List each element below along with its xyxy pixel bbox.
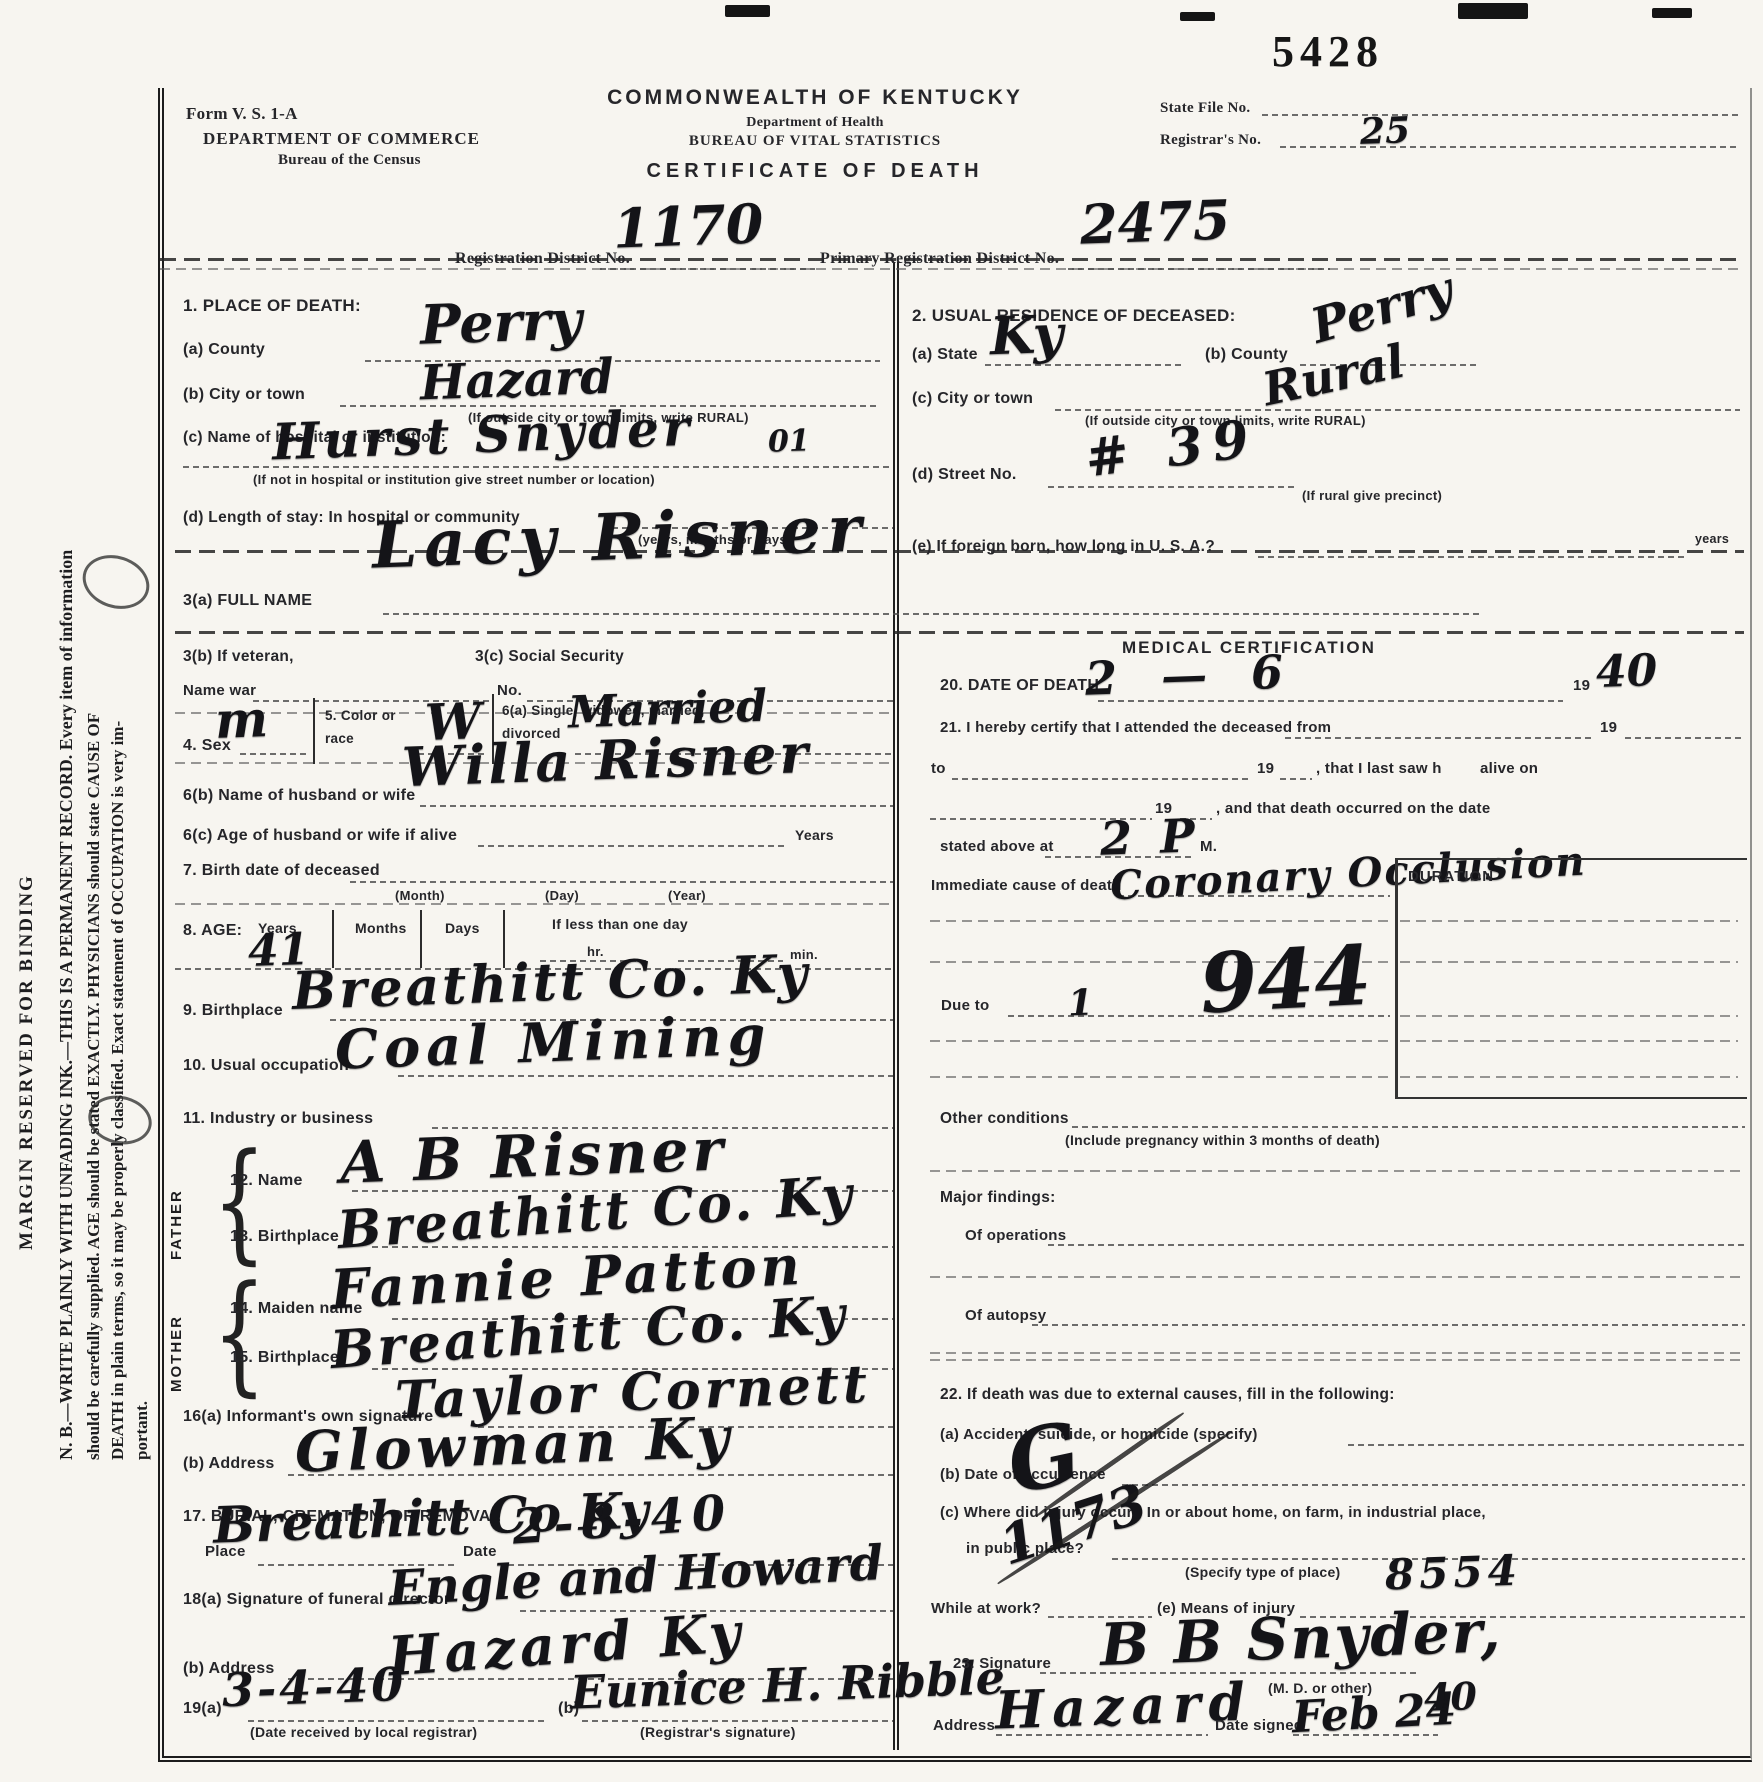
- registrar-no-label: Registrar's No.: [1160, 132, 1261, 149]
- stated-above-label: stated above at: [940, 838, 1054, 855]
- due-to-tick: 1: [1067, 982, 1094, 1025]
- duration-box: [1395, 858, 1747, 1099]
- duration-rule: [1400, 961, 1738, 963]
- of-autopsy-line: [1032, 1324, 1745, 1326]
- full-name-line: [383, 613, 1480, 615]
- bureau-of-census: Bureau of the Census: [278, 152, 421, 169]
- column-divider: [893, 262, 899, 1750]
- date-of-death-19: 19: [1573, 677, 1590, 694]
- sex-value: m: [214, 689, 269, 750]
- res-city-line: [1055, 409, 1740, 411]
- birthdate-month: (Month): [395, 888, 445, 903]
- of-operations-line: [1048, 1244, 1745, 1246]
- date-received-value: 3-4-40: [221, 1657, 407, 1717]
- birthdate-year: (Year): [668, 888, 706, 903]
- date-occurrence-line: [1122, 1484, 1745, 1486]
- duration-rule: [1400, 1076, 1738, 1078]
- foreign-born-unit: years: [1695, 532, 1729, 546]
- separator-line: [930, 1170, 1745, 1172]
- major-findings-label: Major findings:: [940, 1189, 1056, 1207]
- state-file-label: State File No.: [1160, 100, 1250, 117]
- of-operations-label: Of operations: [965, 1227, 1066, 1244]
- res-street-line: [1048, 486, 1298, 488]
- birthdate-line: [350, 881, 893, 883]
- bureau-vital-statistics: BUREAU OF VITAL STATISTICS: [605, 133, 1025, 150]
- registrar-no-value: 25: [1359, 109, 1411, 153]
- foreign-born-line: [1258, 556, 1688, 558]
- department-of-commerce: DEPARTMENT OF COMMERCE: [203, 129, 480, 149]
- spouse-line: [420, 805, 893, 807]
- scan-artifact: [1180, 12, 1215, 21]
- father-name-label: 12. Name: [230, 1172, 303, 1190]
- mother-birthplace-label: 15. Birthplace: [230, 1349, 339, 1367]
- full-name-label: 3(a) FULL NAME: [183, 592, 312, 610]
- due-to-label: Due to: [941, 997, 989, 1014]
- accident-label: (a) Accident, suicide, or homicide (spec…: [940, 1426, 1258, 1443]
- res-state-label: (a) State: [912, 346, 978, 364]
- certify-line3-text: , and that death occurred on the date: [1216, 800, 1490, 817]
- foreign-born-label: (e) If foreign born, how long in U. S. A…: [912, 538, 1215, 556]
- scan-artifact: [1652, 8, 1692, 18]
- reg-district-label: Registration District No.: [455, 250, 630, 268]
- margin-note-line3: DEATH in plain terms, so it may be prope…: [108, 195, 128, 1460]
- stated-above-m: M.: [1200, 838, 1217, 855]
- sex-line: [240, 753, 310, 755]
- accident-line: [1348, 1444, 1745, 1446]
- pod-county-label: (a) County: [183, 341, 265, 359]
- pod-hospital-line: [183, 466, 893, 468]
- date-of-death-year: 40: [1595, 645, 1658, 698]
- duration-rule: [1400, 920, 1738, 922]
- date-received-note: (Date received by local registrar): [250, 1724, 477, 1740]
- separator-line: [930, 1352, 1745, 1354]
- duration-rule: [1400, 1015, 1738, 1017]
- ss-no-label: No.: [497, 682, 522, 699]
- margin-note-line1: N. B.—WRITE PLAINLY WITH UNFADING INK.—T…: [56, 170, 77, 1460]
- certify-line2-alive: alive on: [1480, 760, 1538, 777]
- separator-line: [160, 268, 1744, 270]
- birthdate-label: 7. Birth date of deceased: [183, 862, 380, 880]
- other-conditions-line: [1072, 1126, 1745, 1128]
- margin-note-line4: portant.: [132, 1350, 152, 1460]
- physician-address-label: Address: [933, 1717, 995, 1734]
- state-file-line: [1262, 114, 1740, 116]
- cause-rule: [930, 920, 1390, 922]
- separator-line: [930, 1276, 1745, 1278]
- registrar-signature-line: [582, 1720, 893, 1722]
- physician-signature-label: 23. Signature: [953, 1655, 1051, 1672]
- certify-line2-19: 19: [1257, 760, 1274, 777]
- date-of-death-label: 20. DATE OF DEATH: [940, 677, 1099, 695]
- date-received-line: [248, 1720, 548, 1722]
- physician-signature-value: B B Snyder,: [1099, 1597, 1503, 1679]
- field-divider: [313, 698, 315, 764]
- other-conditions-label: Other conditions: [940, 1110, 1069, 1128]
- other-conditions-note: (Include pregnancy within 3 months of de…: [1065, 1132, 1380, 1148]
- reg-district-line: [600, 268, 815, 270]
- while-at-work-label: While at work?: [931, 1600, 1041, 1617]
- certificate-title: CERTIFICATE OF DEATH: [605, 160, 1025, 183]
- primary-reg-label: Primary Registration District No.: [820, 250, 1059, 268]
- registrar-signature-note: (Registrar's signature): [640, 1724, 796, 1740]
- father-birthplace-label: 13. Birthplace: [230, 1228, 339, 1246]
- certify-line1-19: 19: [1600, 719, 1617, 736]
- res-street-note: (If rural give precinct): [1302, 488, 1442, 503]
- scan-artifact: [725, 5, 770, 17]
- certify-line1-rule2: [1625, 737, 1743, 739]
- cause-rule: [930, 1076, 1390, 1078]
- mother-side-label: MOTHER: [168, 1282, 185, 1392]
- dept-health: Department of Health: [605, 115, 1025, 131]
- duration-rule: [1400, 1040, 1738, 1042]
- date-of-death-value: 2 — 6: [1084, 644, 1298, 705]
- specify-place-note: (Specify type of place): [1185, 1564, 1341, 1580]
- spouse-age-label: 6(c) Age of husband or wife if alive: [183, 827, 457, 845]
- reg-district-value: 1170: [612, 191, 764, 260]
- spouse-age-unit: Years: [795, 827, 834, 843]
- date-signed-year: 40: [1423, 1673, 1477, 1720]
- age-days-label: Days: [445, 920, 480, 936]
- veteran-label: 3(b) If veteran,: [183, 648, 294, 666]
- header-center: COMMONWEALTH OF KENTUCKY Department of H…: [605, 86, 1025, 183]
- color-label-2: race: [325, 731, 354, 746]
- res-city-label: (c) City or town: [912, 390, 1033, 408]
- birthdate-day: (Day): [545, 888, 579, 903]
- scan-artifact: [1458, 3, 1528, 19]
- death-certificate-scan: MARGIN RESERVED FOR BINDING N. B.—WRITE …: [0, 0, 1763, 1782]
- pod-hospital-code: 01: [767, 423, 810, 459]
- form-number: Form V. S. 1-A: [186, 104, 298, 124]
- registrar-no-line: [1280, 146, 1740, 148]
- due-to-code: 944: [1198, 928, 1374, 1033]
- residence-title: 2. USUAL RESIDENCE OF DECEASED:: [912, 306, 1236, 326]
- registrar-row-label: 19(a): [183, 1700, 222, 1718]
- place-of-death-title: 1. PLACE OF DEATH:: [183, 296, 361, 316]
- social-security-label: 3(c) Social Security: [475, 648, 624, 666]
- margin-binding-text: MARGIN RESERVED FOR BINDING: [16, 570, 38, 1250]
- birthplace-label: 9. Birthplace: [183, 1002, 283, 1020]
- certify-line2-rule: [952, 778, 1252, 780]
- primary-reg-value: 2475: [1079, 187, 1231, 256]
- certify-line1-rule: [1285, 737, 1595, 739]
- separator-line: [175, 903, 893, 905]
- certify-to-label: to: [931, 760, 946, 777]
- certify-line2-rule2: [1280, 778, 1312, 780]
- duration-label: DURATION: [1408, 868, 1494, 885]
- father-side-label: FATHER: [168, 1150, 185, 1260]
- father-brace: {: [212, 1136, 266, 1266]
- stamped-file-number: 5428: [1272, 26, 1384, 77]
- pod-county-value: Perry: [419, 287, 583, 357]
- pod-city-label: (b) City or town: [183, 386, 305, 404]
- res-state-value: Ky: [989, 304, 1064, 368]
- pod-hospital-note: (If not in hospital or institution give …: [253, 472, 655, 487]
- cause-rule: [930, 1040, 1390, 1042]
- commonwealth-title: COMMONWEALTH OF KENTUCKY: [605, 86, 1025, 110]
- informant-address-label: (b) Address: [183, 1455, 275, 1473]
- spouse-age-line: [478, 845, 788, 847]
- age-label: 8. AGE:: [183, 922, 242, 940]
- means-code-value: 8554: [1384, 1546, 1523, 1600]
- of-autopsy-label: Of autopsy: [965, 1307, 1046, 1324]
- primary-reg-line: [1068, 268, 1330, 270]
- certify-line1: 21. I hereby certify that I attended the…: [940, 719, 1331, 736]
- occupation-label: 10. Usual occupation: [183, 1057, 349, 1075]
- time-of-death-value: 2 P: [1099, 808, 1201, 865]
- age-months-label: Months: [355, 920, 407, 936]
- spouse-label: 6(b) Name of husband or wife: [183, 787, 415, 805]
- separator-line: [930, 1359, 1745, 1361]
- margin-note-line2: should be carefully supplied. AGE should…: [84, 220, 104, 1460]
- separator-line: [175, 631, 1744, 634]
- res-street-label: (d) Street No.: [912, 466, 1017, 484]
- color-label-1: 5. Color or: [325, 708, 396, 723]
- date-signed-label: Date signed: [1215, 1717, 1303, 1734]
- certify-line2-text: , that I last saw h: [1316, 760, 1442, 777]
- mother-brace: {: [212, 1268, 266, 1398]
- age-less-label: If less than one day: [552, 916, 688, 932]
- immediate-cause-label: Immediate cause of death: [931, 877, 1122, 894]
- external-causes-label: 22. If death was due to external causes,…: [940, 1386, 1395, 1404]
